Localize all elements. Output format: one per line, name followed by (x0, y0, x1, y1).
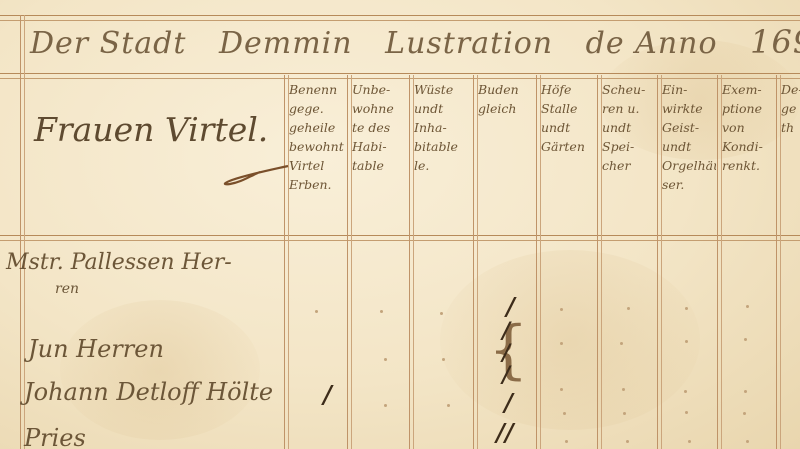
column-header-clergy-houses: Ein- wirkte Geist- undt Orgelhäu- ser. (662, 80, 716, 194)
ruling-dot (560, 388, 563, 391)
column-header-booths: Buden gleich (478, 80, 535, 118)
ruling-dot (627, 307, 630, 310)
column-header-inhabited-houses: Benenn gege. geheile bewohnt Virtel Erbe… (289, 80, 347, 194)
ruling-dot (384, 358, 387, 361)
entry-name-continuation: ren (55, 281, 79, 297)
district-heading: Frauen Virtel. (34, 110, 268, 149)
title-word: Lustration (385, 26, 553, 61)
ruling-dot (563, 412, 566, 415)
ruling-dot (620, 342, 623, 345)
ruling-dot (442, 358, 445, 361)
column-header-exemptions: Exem- ptione von Kondi- renkt. (722, 80, 776, 175)
tally-mark: / (323, 380, 332, 409)
ruling-dot (622, 388, 625, 391)
title-bottom-rule (0, 73, 800, 79)
ruling-dot (380, 310, 383, 313)
ruling-dot (560, 342, 563, 345)
paper-stain (60, 300, 260, 440)
document-title: Der Stadt Demmin Lustration de Anno 1693… (30, 14, 790, 70)
column-rule (473, 75, 478, 449)
entry-name: Johann Detloff Hölte (24, 378, 273, 406)
ruling-dot (684, 390, 687, 393)
ruling-dot (626, 440, 629, 443)
ruling-dot (447, 404, 450, 407)
title-year: 1693. (750, 23, 800, 61)
title-word: Demmin (219, 26, 353, 61)
title-word: Der Stadt (30, 26, 186, 61)
column-header-yards-stables-gardens: Höfe Stalle undt Gärten (541, 80, 596, 156)
header-bottom-rule (0, 235, 800, 241)
ruling-dot (384, 404, 387, 407)
ruling-dot (685, 307, 688, 310)
ruling-dot (565, 440, 568, 443)
pen-flourish-icon (220, 162, 290, 186)
ruling-dot (440, 312, 443, 315)
ruling-dot (688, 440, 691, 443)
ruling-dot (560, 308, 563, 311)
entry-name: Mstr. Pallessen Her- (6, 250, 232, 275)
column-header-waste-uninhabitable: Wüste undt Inha- bitable le. (414, 80, 472, 175)
manuscript-page: Der Stadt Demmin Lustration de Anno 1693… (0, 0, 800, 449)
entry-name: Pries (24, 424, 86, 449)
title-word: de Anno (586, 26, 718, 61)
column-header-uninhabited: Unbe- wohne te des Habi- table (352, 80, 408, 175)
ruling-dot (685, 411, 688, 414)
tally-mark-group: / / / (502, 320, 520, 386)
ruling-dot (315, 310, 318, 313)
entry-name: Jun Herren (28, 335, 164, 363)
tally-mark: / (504, 388, 513, 417)
ruling-dot (623, 412, 626, 415)
column-header-barns-storehouses: Scheu- ren u. undt Spei- cher (602, 80, 656, 175)
ruling-dot (744, 390, 747, 393)
ruling-dot (685, 340, 688, 343)
ruling-dot (744, 338, 747, 341)
ruling-dot (746, 440, 749, 443)
tally-mark: // (496, 418, 514, 447)
ruling-dot (746, 305, 749, 308)
column-header-partial: De- ge th (781, 80, 800, 137)
ruling-dot (743, 412, 746, 415)
